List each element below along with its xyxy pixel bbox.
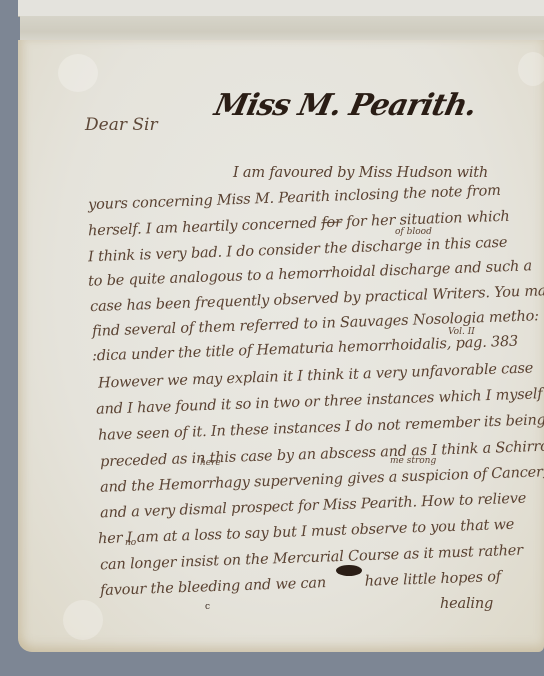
letter-heading: Miss M. Pearith. (211, 88, 479, 123)
salutation: Dear Sir (85, 115, 158, 135)
page-reference: , pag. 383 (447, 334, 519, 352)
catchword: healing (440, 596, 493, 612)
letter-line: I am favoured by Miss Hudson with (233, 165, 488, 181)
struck-word: for (321, 215, 342, 232)
interlinear-insertion: of blood (395, 227, 432, 237)
ink-blot-gap (331, 586, 361, 587)
interlinear-insertion: no (125, 538, 136, 548)
paper-stain (58, 54, 98, 92)
paper-stain (518, 52, 544, 86)
paper-stain (63, 600, 103, 640)
line-text: a (388, 469, 397, 485)
line-text: in this case (426, 235, 507, 254)
interlinear-insertion: me strong (390, 456, 436, 466)
paper-fold (20, 16, 544, 43)
interlinear-insertion: here (200, 458, 221, 468)
underlying-sheet-edge (18, 0, 544, 17)
line-text: can (100, 556, 126, 573)
ink-blot (336, 565, 362, 576)
page-mark: c (205, 602, 210, 612)
